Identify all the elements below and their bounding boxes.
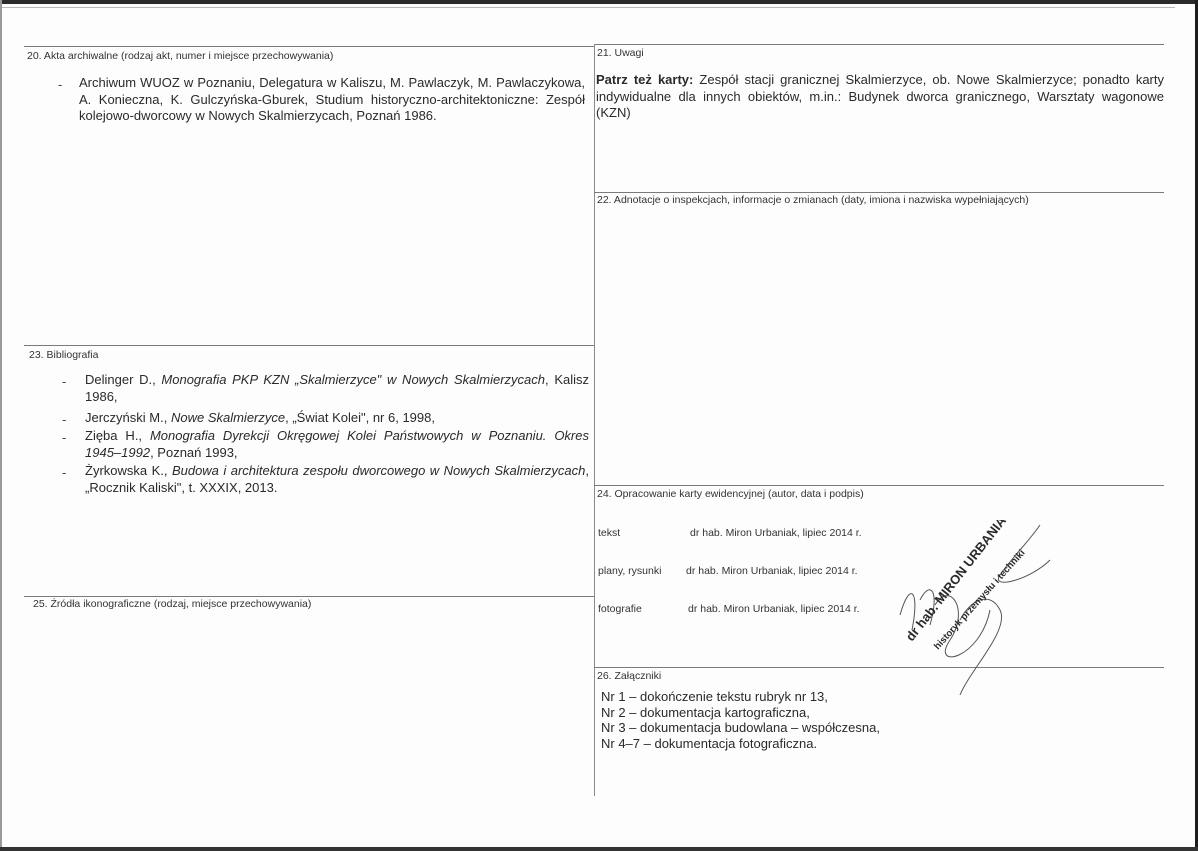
bib-title: Nowe Skalmierzyce [171, 410, 285, 425]
section-20-title: 20. Akta archiwalne (rodzaj akt, numer i… [27, 50, 333, 62]
section-25-title: 25. Źródła ikonograficzne (rodzaj, miejs… [33, 598, 311, 610]
bibliography-item: Żyrkowska K., Budowa i architektura zesp… [85, 463, 589, 496]
row-key: tekst [598, 527, 690, 539]
bibliography-item: Jerczyński M., Nowe Skalmierzyce, „Świat… [85, 410, 589, 427]
bib-publication: , Poznań 1993, [150, 445, 237, 460]
row-value: dr hab. Miron Urbaniak, lipiec 2014 r. [688, 603, 860, 615]
scan-top-line [0, 7, 1175, 8]
scan-bottom-edge [0, 847, 1198, 851]
section-23-title: 23. Bibliografia [29, 349, 98, 361]
divider-top-right [594, 44, 1164, 45]
divider-23 [24, 345, 594, 346]
row-key: plany, rysunki [598, 565, 686, 577]
author-row-text: tekstdr hab. Miron Urbaniak, lipiec 2014… [598, 527, 862, 539]
bullet: - [58, 77, 62, 92]
scan-left-edge [0, 0, 2, 851]
section-26-title: 26. Załączniki [597, 670, 661, 682]
archive-entry: Archiwum WUOZ w Poznaniu, Delegatura w K… [79, 75, 585, 125]
author-row-photos: fotografiedr hab. Miron Urbaniak, lipiec… [598, 603, 860, 615]
divider-25 [24, 596, 594, 597]
section-22-title: 22. Adnotacje o inspekcjach, informacje … [597, 194, 1029, 206]
divider-24 [594, 485, 1164, 486]
bib-author: Jerczyński M., [85, 410, 171, 425]
bib-title: Monografia PKP KZN „Skalmierzyce" w Nowy… [161, 372, 545, 387]
row-key: fotografie [598, 603, 688, 615]
bibliography-item: Zięba H., Monografia Dyrekcji Okręgowej … [85, 428, 589, 461]
signature-stamp-icon: dr hab. MIRON URBANIAK historyk przemysł… [890, 520, 1060, 695]
bibliography-item: Delinger D., Monografia PKP KZN „Skalmie… [85, 372, 589, 405]
bullet: - [62, 374, 66, 389]
section-24-title: 24. Opracowanie karty ewidencyjnej (auto… [597, 488, 864, 500]
divider-center [594, 44, 595, 796]
row-value: dr hab. Miron Urbaniak, lipiec 2014 r. [686, 565, 858, 577]
divider-top-left [24, 46, 594, 47]
remarks-text: Patrz też karty: Zespół stacji graniczne… [596, 72, 1164, 122]
divider-26 [594, 667, 1164, 668]
bullet: - [62, 430, 66, 445]
attachment-item: Nr 1 – dokończenie tekstu rubryk nr 13, [601, 689, 828, 705]
section-21-title: 21. Uwagi [597, 47, 644, 59]
bib-author: Delinger D., [85, 372, 161, 387]
bib-publication: , „Świat Kolei", nr 6, 1998, [285, 410, 435, 425]
author-row-plans: plany, rysunkidr hab. Miron Urbaniak, li… [598, 565, 858, 577]
bib-title: Budowa i architektura zespołu dworcowego… [172, 463, 585, 478]
bib-author: Żyrkowska K., [85, 463, 172, 478]
bullet: - [62, 412, 66, 427]
scan-top-edge [0, 0, 1198, 4]
bib-author: Zięba H., [85, 428, 150, 443]
divider-22 [594, 192, 1164, 193]
remarks-lead: Patrz też karty: [596, 72, 693, 87]
attachment-item: Nr 2 – dokumentacja kartograficzna, [601, 705, 810, 721]
bullet: - [62, 465, 66, 480]
row-value: dr hab. Miron Urbaniak, lipiec 2014 r. [690, 527, 862, 539]
attachment-item: Nr 3 – dokumentacja budowlana – współcze… [601, 720, 880, 736]
attachment-item: Nr 4–7 – dokumentacja fotograficzna. [601, 736, 817, 752]
